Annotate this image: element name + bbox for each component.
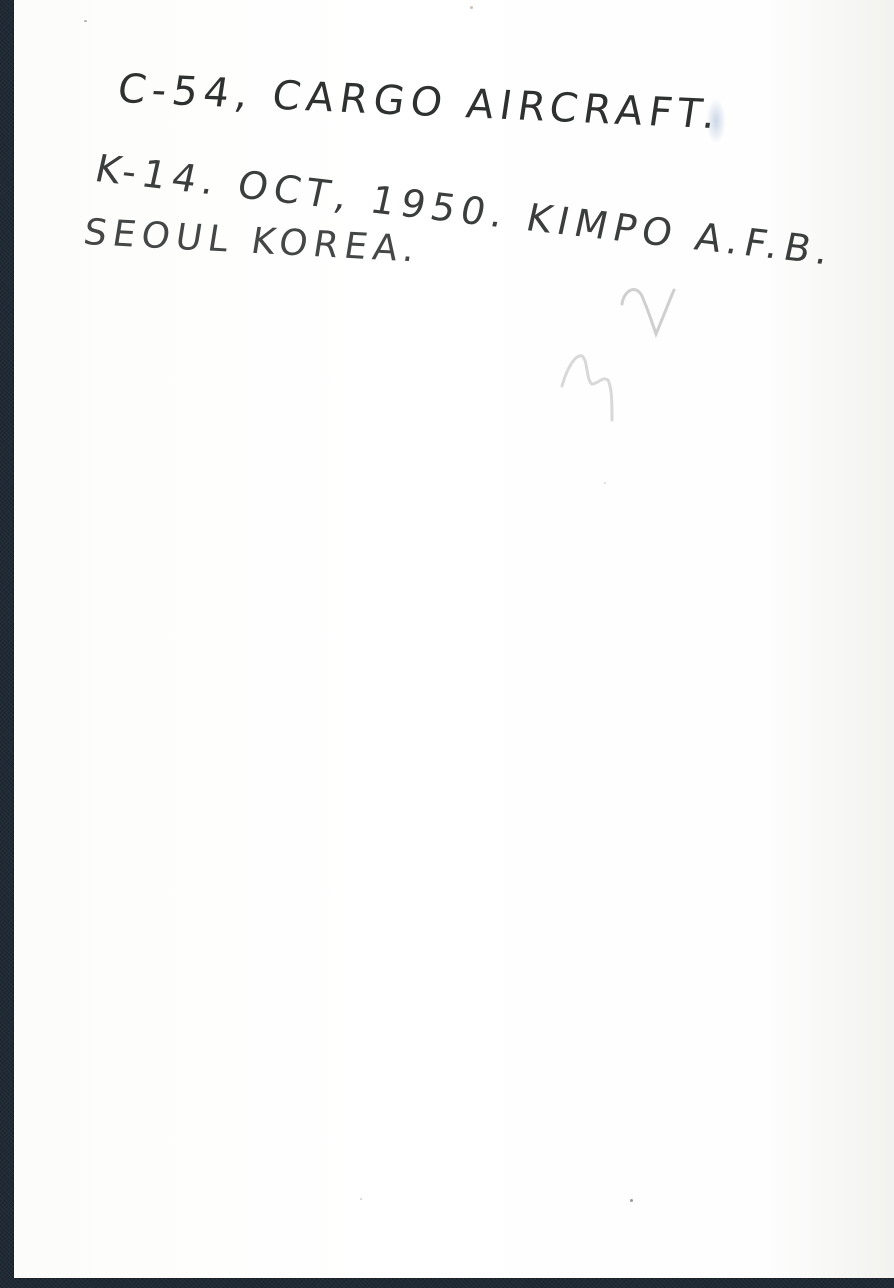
photo-back-card: C-54, CARGO AIRCRAFT. K-14. OCT, 1950. K… <box>14 0 894 1278</box>
paper-speck <box>84 20 87 22</box>
paper-speck <box>360 1198 362 1200</box>
annotation-line-aircraft: C-54, CARGO AIRCRAFT. <box>115 66 725 138</box>
ink-smudge <box>706 98 726 144</box>
pencil-mark <box>552 276 692 426</box>
paper-speck <box>470 6 473 9</box>
paper-speck <box>630 1199 633 1202</box>
paper-speck <box>604 482 606 484</box>
